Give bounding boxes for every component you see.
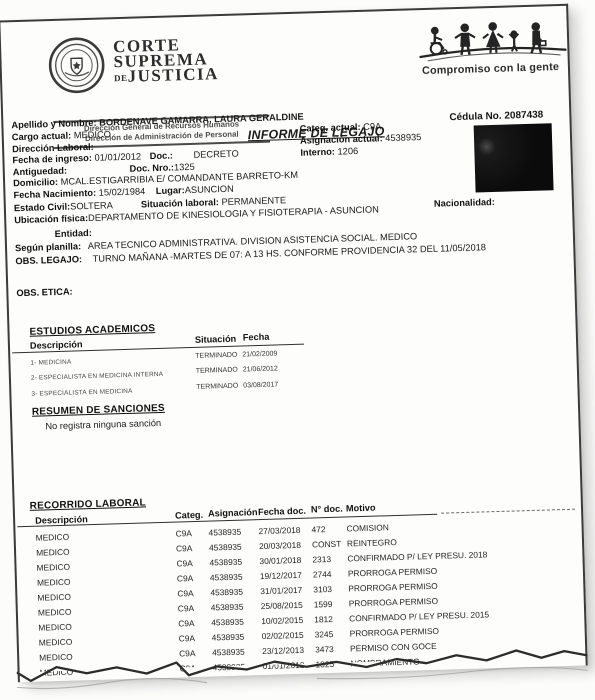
categ-value: C9A <box>363 121 381 132</box>
cell-fecha: 27/03/2018 <box>258 525 300 536</box>
estudios-col-situacion: Situación <box>195 334 237 345</box>
cell-desc: MEDICO <box>36 562 70 573</box>
nacimiento-value: 15/02/1984 <box>99 186 146 197</box>
cell-asignacion: 4538935 <box>209 542 242 553</box>
estudios-col-fecha: Fecha <box>243 332 270 343</box>
asignacion-value: 4538935 <box>385 132 421 143</box>
cell-ndoc: 3103 <box>313 584 332 595</box>
cell-desc: MEDICO <box>38 607 72 618</box>
cedula-label: Cédula No. <box>449 111 502 124</box>
field-direccion-laboral: Dirección Laboral: <box>12 141 94 153</box>
estudios-title: ESTUDIOS ACADEMICOS <box>29 323 155 338</box>
org-line-3: DEJUSTICIA <box>114 66 219 86</box>
ubicacion-label: Ubicación física: <box>14 213 88 225</box>
cell-asignacion: 4538935 <box>212 632 245 643</box>
cell-ndoc: 2313 <box>312 554 331 565</box>
doc-value: DECRETO <box>193 149 239 160</box>
cell-desc: MEDICO <box>39 637 73 648</box>
cell-categ: C9A <box>175 528 192 538</box>
ingreso-value: 01/01/2012 <box>94 151 141 162</box>
sanciones-title: RESUMEN DE SANCIONES <box>32 403 165 418</box>
cell-fecha: 10/02/2015 <box>261 615 303 626</box>
org-name: CORTE SUPREMA DEJUSTICIA <box>113 36 219 86</box>
csj-seal-icon <box>47 35 107 95</box>
cedula-value: 2087438 <box>504 109 543 121</box>
estudio-situacion: TERMINADO <box>196 383 238 391</box>
estudio-fecha: 21/06/2012 <box>243 365 278 373</box>
recorrido-col-asignacion: Asignación <box>208 507 258 518</box>
planilla-label: Según planilla: <box>15 241 81 253</box>
estudios-col-desc: Descripción <box>30 339 83 351</box>
interno-label: Interno: <box>300 147 335 158</box>
recorrido-col-ndoc: N° doc. <box>311 504 343 515</box>
estado-label: Estado Civil: <box>14 202 71 214</box>
photo-placeholder <box>474 123 554 192</box>
cell-desc: MEDICO <box>37 577 71 588</box>
ingreso-label: Fecha de ingreso: <box>12 153 92 165</box>
org-de: DE <box>114 73 128 83</box>
cell-ndoc: 1812 <box>314 614 333 625</box>
nacimiento-label: Fecha Nacimiento: <box>13 187 96 199</box>
cell-categ: C9A <box>177 573 194 583</box>
asignacion-label: Asignación actual: <box>300 133 383 145</box>
estado-value: SOLTERA <box>70 200 112 211</box>
nacionalidad-label: Nacionalidad: <box>434 197 495 209</box>
recorrido-title: RECORRIDO LABORAL <box>30 497 146 511</box>
cell-asignacion: 4538935 <box>209 557 242 568</box>
estudio-fecha: 03/08/2017 <box>243 381 278 389</box>
estudio-desc: 3- ESPECIALISTA EN MEDICINA <box>31 388 132 398</box>
doc-label: Doc.: <box>150 150 174 161</box>
obs-legajo-label: OBS. LEGAJO: <box>15 254 82 266</box>
cell-fecha: 25/08/2015 <box>261 600 303 611</box>
cell-fecha: 30/01/2018 <box>259 555 301 566</box>
cell-asignacion: 4538935 <box>210 587 243 598</box>
cell-motivo: PRORROGA PERMISO <box>349 626 439 639</box>
direccion-label: Dirección Laboral: <box>12 141 94 153</box>
recorrido-col-motivo: Motivo <box>346 502 376 513</box>
cell-categ: C9A <box>176 558 193 568</box>
cell-ndoc: 2744 <box>313 569 332 580</box>
lugar-label: Lugar: <box>156 185 185 196</box>
people-logo-icon <box>417 18 570 66</box>
cell-desc: MEDICO <box>36 532 70 543</box>
sanciones-text: No registra ninguna sanción <box>45 418 161 431</box>
cell-motivo: PRORROGA PERMISO <box>348 581 438 594</box>
entidad-label: Entidad: <box>55 228 92 239</box>
cell-ndoc: CONST <box>312 539 342 550</box>
cell-ndoc: 1599 <box>314 599 333 610</box>
cell-asignacion: 4538935 <box>208 527 241 538</box>
field-asignacion: Asignación actual: 4538935 <box>300 132 422 146</box>
recorrido-header-rule-dashed <box>441 509 575 514</box>
cell-ndoc: 3245 <box>315 629 334 640</box>
cell-asignacion: 4538935 <box>210 572 243 583</box>
obs-etica-label: OBS. ETICA: <box>16 287 73 299</box>
org-justicia: JUSTICIA <box>127 64 219 86</box>
cargo-label: Cargo actual: <box>12 130 72 142</box>
recorrido-col-categ: Categ. <box>175 509 203 520</box>
cell-categ: C9A <box>178 618 195 628</box>
cell-categ: C9A <box>176 543 193 553</box>
interno-value: 1206 <box>337 146 358 157</box>
cell-categ: C9A <box>178 603 195 613</box>
estudio-desc: 1- MEDICINA <box>30 359 71 367</box>
categ-label: Categ. actual: <box>299 122 360 134</box>
recorrido-col-fecha: Fecha doc. <box>258 505 306 516</box>
cell-desc: MEDICO <box>37 592 71 603</box>
sit-laboral-label: Situación laboral: <box>141 197 219 209</box>
cell-motivo: PRORROGA PERMISO <box>349 596 439 609</box>
cell-fecha: 31/01/2017 <box>260 585 302 596</box>
cell-desc: MEDICO <box>38 622 72 633</box>
sit-laboral-value: PERMANENTE <box>221 195 286 207</box>
cell-motivo: PRORROGA PERMISO <box>348 566 438 579</box>
document-page: CORTE SUPREMA DEJUSTICIA Dirección Gener… <box>0 4 588 683</box>
cell-categ: C9A <box>179 633 196 643</box>
estudio-fecha: 21/02/2009 <box>242 350 277 358</box>
cell-categ: C9A <box>177 588 194 598</box>
field-interno: Interno: 1206 <box>300 146 358 158</box>
lugar-value: ASUNCION <box>185 183 234 194</box>
estudio-desc: 2- ESPECIALISTA EN MEDICINA INTERNA <box>31 371 163 382</box>
cell-motivo: REINTEGRO <box>347 537 397 548</box>
cargo-value: MEDICO <box>74 129 111 140</box>
cell-asignacion: 4538935 <box>211 602 244 613</box>
estudio-situacion: TERMINADO <box>196 367 238 375</box>
cell-ndoc: 472 <box>311 524 325 534</box>
estudio-situacion: TERMINADO <box>195 352 237 360</box>
cell-fecha: 02/02/2015 <box>262 630 304 641</box>
cedula-number: Cédula No. 2087438 <box>449 109 543 123</box>
cell-motivo: COMISION <box>346 522 389 533</box>
cell-desc: MEDICO <box>36 547 70 558</box>
cell-fecha: 20/03/2018 <box>259 540 301 551</box>
cell-fecha: 19/12/2017 <box>260 570 302 581</box>
antiguedad-label: Antiguedad: <box>13 165 68 177</box>
doc-nro-value: 1325 <box>174 161 195 172</box>
cell-asignacion: 4538935 <box>211 617 244 628</box>
domicilio-label: Domicilio: <box>13 177 58 188</box>
doc-nro-label: Doc. Nro.: <box>129 162 174 173</box>
